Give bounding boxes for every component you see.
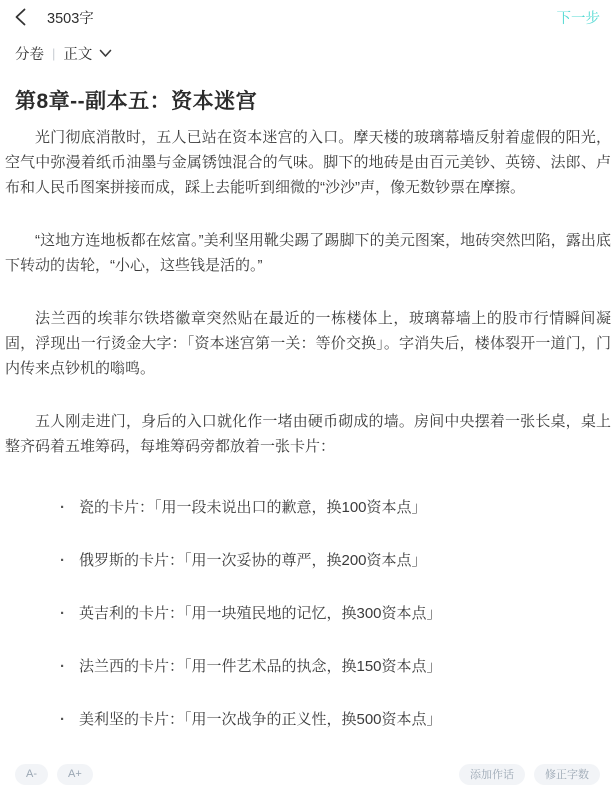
footer-toolbar: A- A+ 添加作话 修正字数 bbox=[0, 758, 616, 800]
back-button[interactable] bbox=[15, 8, 33, 26]
paragraph: 法兰西的埃菲尔铁塔徽章突然贴在最近的一栋楼体上，玻璃幕墙上的股市行情瞬间凝固，浮… bbox=[5, 306, 611, 381]
topbar-left: 3503字 bbox=[15, 7, 94, 28]
topbar: 3503字 下一步 bbox=[0, 0, 616, 26]
list-item: 俄罗斯的卡片：「用一次妥协的尊严，换200资本点」 bbox=[60, 548, 611, 573]
next-step-link[interactable]: 下一步 bbox=[557, 7, 601, 28]
font-decrease-button[interactable]: A- bbox=[15, 764, 48, 785]
chapter-actions: 添加作话 修正字数 bbox=[459, 764, 600, 785]
add-author-note-button[interactable]: 添加作话 bbox=[459, 764, 525, 785]
font-size-controls: A- A+ bbox=[15, 764, 93, 785]
fix-word-count-button[interactable]: 修正字数 bbox=[534, 764, 600, 785]
font-increase-button[interactable]: A+ bbox=[57, 764, 93, 785]
card-bullet-list: 瓷的卡片：「用一段未说出口的歉意，换100资本点」 俄罗斯的卡片：「用一次妥协的… bbox=[5, 495, 611, 732]
list-item: 瓷的卡片：「用一段未说出口的歉意，换100资本点」 bbox=[60, 495, 611, 520]
paragraph: “这地方连地板都在炫富。”美利坚用靴尖踢了踢脚下的美元图案，地砖突然凹陷，露出底… bbox=[5, 228, 611, 278]
paragraph: 五人刚走进门，身后的入口就化作一堵由硬币砌成的墙。房间中央摆着一张长桌，桌上整齐… bbox=[5, 409, 611, 459]
volume-label: 分卷 bbox=[15, 43, 44, 64]
chevron-down-icon bbox=[99, 49, 112, 58]
volume-separator: | bbox=[52, 46, 55, 61]
paragraph: 光门彻底消散时，五人已站在资本迷宫的入口。摩天楼的玻璃幕墙反射着虚假的阳光，空气… bbox=[5, 125, 611, 200]
chapter-body: 光门彻底消散时，五人已站在资本迷宫的入口。摩天楼的玻璃幕墙反射着虚假的阳光，空气… bbox=[5, 125, 611, 800]
list-item: 美利坚的卡片：「用一次战争的正义性，换500资本点」 bbox=[60, 707, 611, 732]
list-item: 法兰西的卡片：「用一件艺术品的执念，换150资本点」 bbox=[60, 654, 611, 679]
list-item: 英吉利的卡片：「用一块殖民地的记忆，换300资本点」 bbox=[60, 601, 611, 626]
volume-value: 正文 bbox=[63, 43, 92, 64]
volume-selector[interactable]: 分卷 | 正文 bbox=[15, 43, 601, 64]
chevron-left-icon bbox=[15, 8, 26, 26]
word-count-label: 3503字 bbox=[47, 7, 94, 28]
chapter-title: 第8章--副本五：资本迷宫 bbox=[15, 85, 601, 115]
